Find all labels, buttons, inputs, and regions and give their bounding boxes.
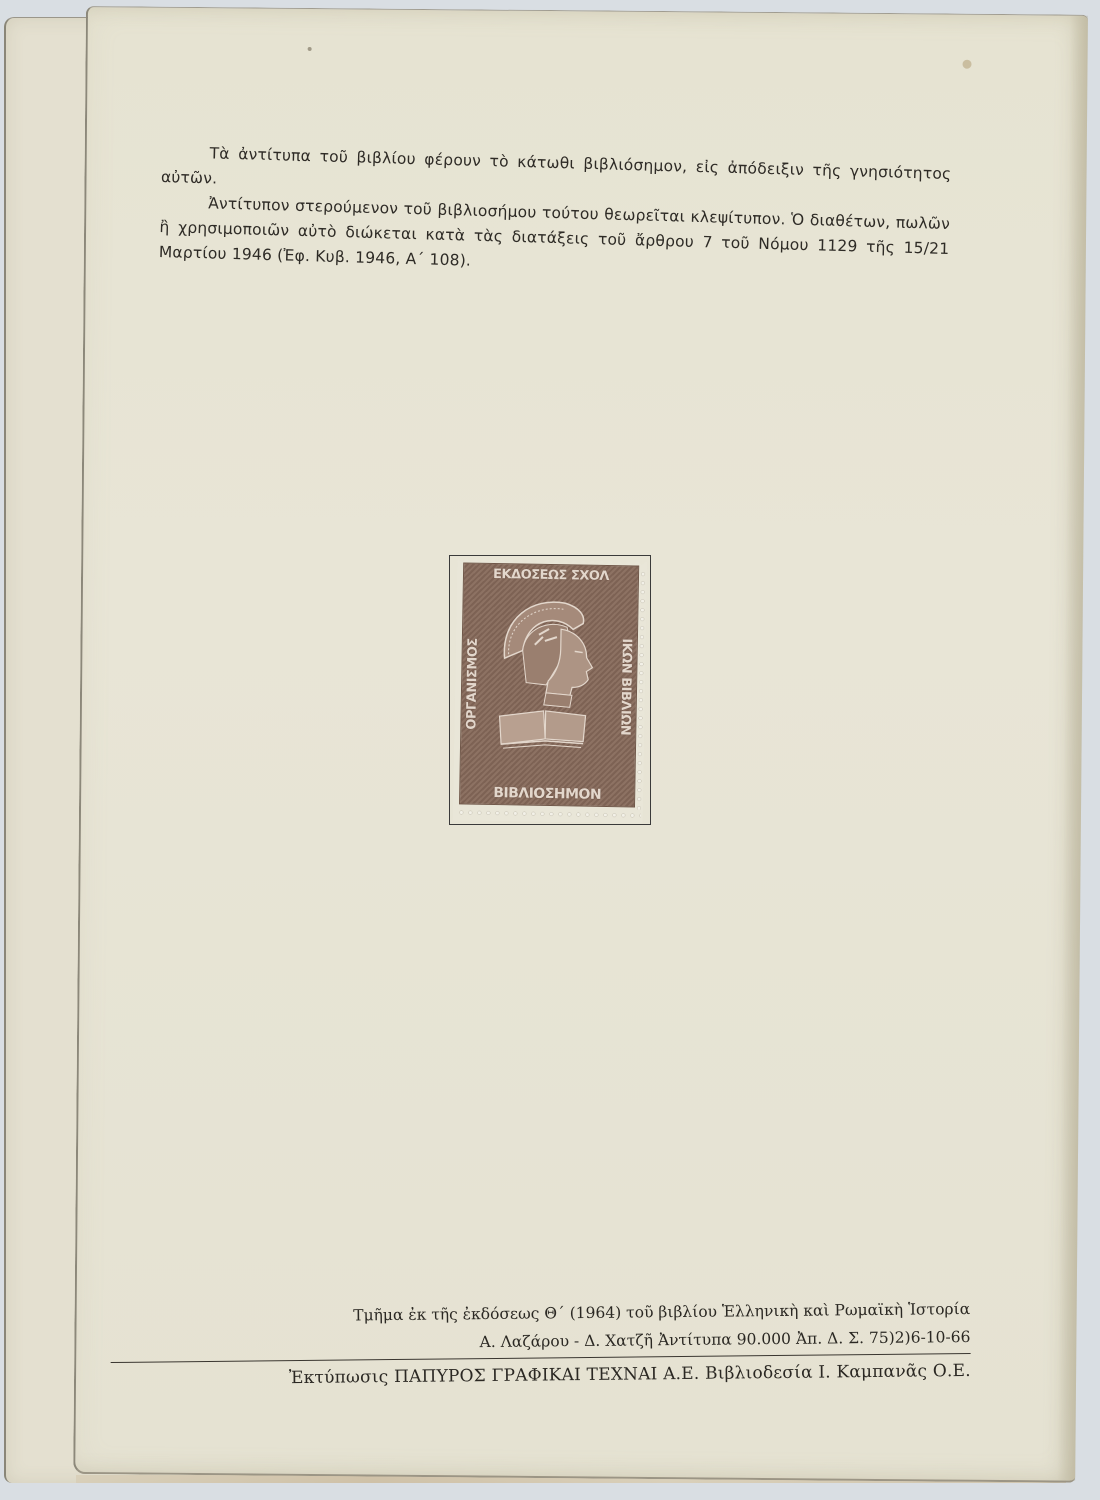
bibliosimon-stamp: ΕΚΔΟΣΕΩΣ ΣΧΟΛ ΟΡΓΑΝΙΣΜΟΣ ΙΚΩΝ ΒΙΒΛΙΩΝ (453, 558, 648, 823)
page-curl-shadow (1057, 16, 1088, 1481)
colophon: Τμῆμα ἐκ τῆς ἐκδόσεως Θ΄ (1964) τοῦ βιβλ… (110, 1295, 971, 1395)
stamp-bottom-inscription: ΒΙΒΛΙΟΣΗΜΟΝ (464, 782, 630, 807)
authenticity-notice: Τὰ ἀντίτυπα τοῦ βιβλίου φέρουν τὸ κάτωθι… (159, 140, 952, 287)
stamp-design: ΕΚΔΟΣΕΩΣ ΣΧΟΛ ΟΡΓΑΝΙΣΜΟΣ ΙΚΩΝ ΒΙΒΛΙΩΝ (459, 562, 639, 807)
athena-portrait-icon (484, 588, 613, 780)
foxing-spot (308, 47, 312, 51)
stamp-left-inscription: ΟΡΓΑΝΙΣΜΟΣ (461, 587, 484, 779)
foxing-spot (962, 60, 971, 69)
stamp-top-inscription: ΕΚΔΟΣΕΩΣ ΣΧΟΛ (468, 564, 634, 589)
stamp-perforations-bottom (457, 808, 641, 819)
stamp-right-inscription: ΙΚΩΝ ΒΙΒΛΙΩΝ (613, 590, 636, 782)
